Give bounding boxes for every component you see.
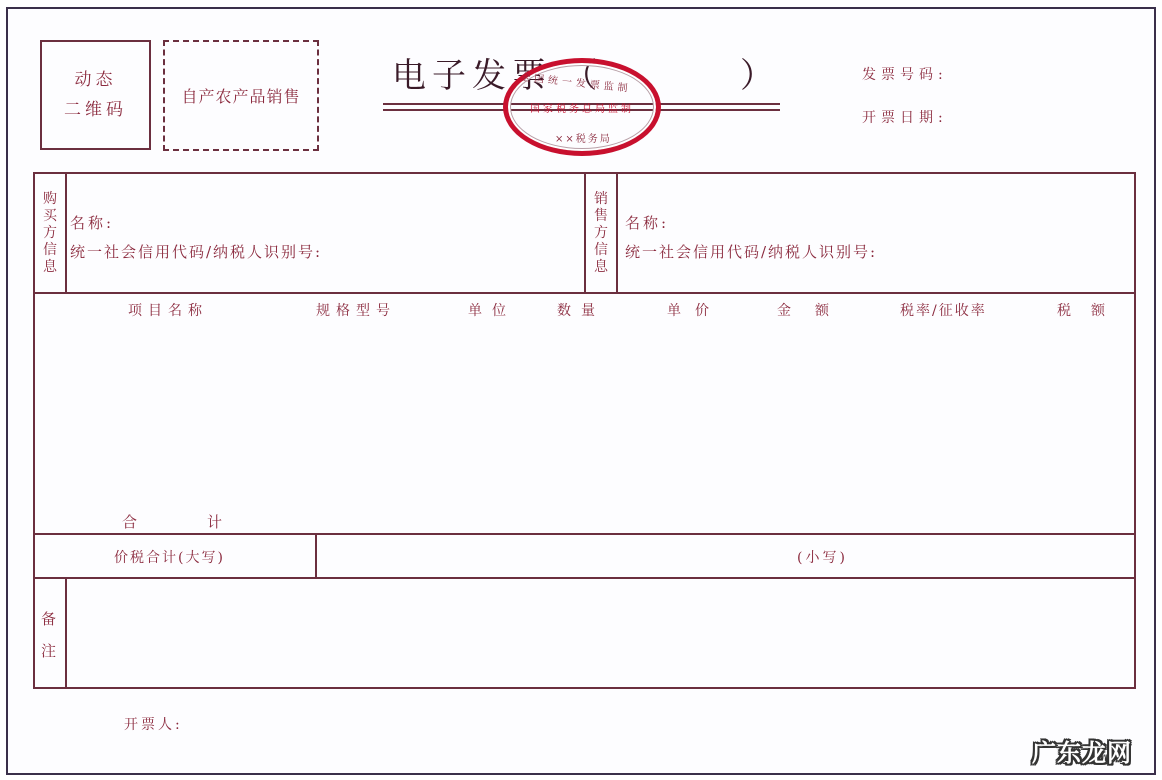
remarks-label-divider (65, 577, 67, 688)
items-section-bottom (33, 533, 1136, 535)
seller-name-label: 名称: (625, 212, 669, 233)
col-header-item-name: 项目名称 (128, 300, 208, 320)
col-header-specification: 规格型号 (316, 300, 396, 320)
col-header-amount: 金额 (777, 300, 853, 320)
table-bottom-border (33, 687, 1136, 689)
special-marker-text: 自产农产品销售 (181, 84, 300, 107)
col-header-unit: 单位 (468, 300, 516, 320)
total-in-figures-label: (小写) (797, 547, 848, 567)
col-header-quantity: 数量 (557, 300, 605, 320)
seller-label-divider (616, 172, 618, 293)
seller-tax-id-label: 统一社会信用代码/纳税人识别号: (625, 241, 877, 262)
buyer-section-label: 购 买 方 信 息 (35, 174, 65, 292)
buyer-label-divider (65, 172, 67, 293)
special-invoice-marker: 自产农产品销售 (163, 40, 319, 151)
qr-label-line2: 二维码 (64, 95, 127, 125)
seal-middle-text: 国家税务总局监制 (530, 100, 634, 115)
remarks-label-part2: 注 (41, 640, 59, 661)
subtotal-label-part2: 计 (207, 511, 225, 532)
col-header-tax-amount: 税额 (1057, 300, 1125, 320)
qr-label-line1: 动态 (64, 65, 127, 95)
dynamic-qr-code-placeholder: 动态 二维码 (40, 40, 151, 150)
seal-bottom-text: ××税务局 (555, 130, 612, 145)
totals-row-bottom (33, 577, 1136, 579)
totals-divider (315, 533, 317, 578)
subtotal-label-part1: 合 (122, 511, 140, 532)
seller-section-label: 销 售 方 信 息 (586, 174, 616, 292)
title-paren-close: ） (740, 48, 774, 97)
buyer-tax-id-label: 统一社会信用代码/纳税人识别号: (70, 241, 322, 262)
remarks-label-part1: 备 (41, 608, 59, 629)
site-watermark: 广东龙网 (1032, 733, 1132, 768)
total-in-words-label: 价税合计(大写) (114, 547, 225, 567)
invoice-number-label: 发票号码: (862, 64, 948, 84)
buyer-name-label: 名称: (70, 212, 114, 233)
table-right-border (1134, 172, 1136, 689)
issue-date-label: 开票日期: (862, 107, 948, 127)
items-body (34, 325, 1134, 505)
col-header-unit-price: 单价 (667, 300, 723, 320)
col-header-tax-rate: 税率/征收率 (900, 300, 987, 320)
issuer-label: 开票人: (124, 714, 183, 734)
